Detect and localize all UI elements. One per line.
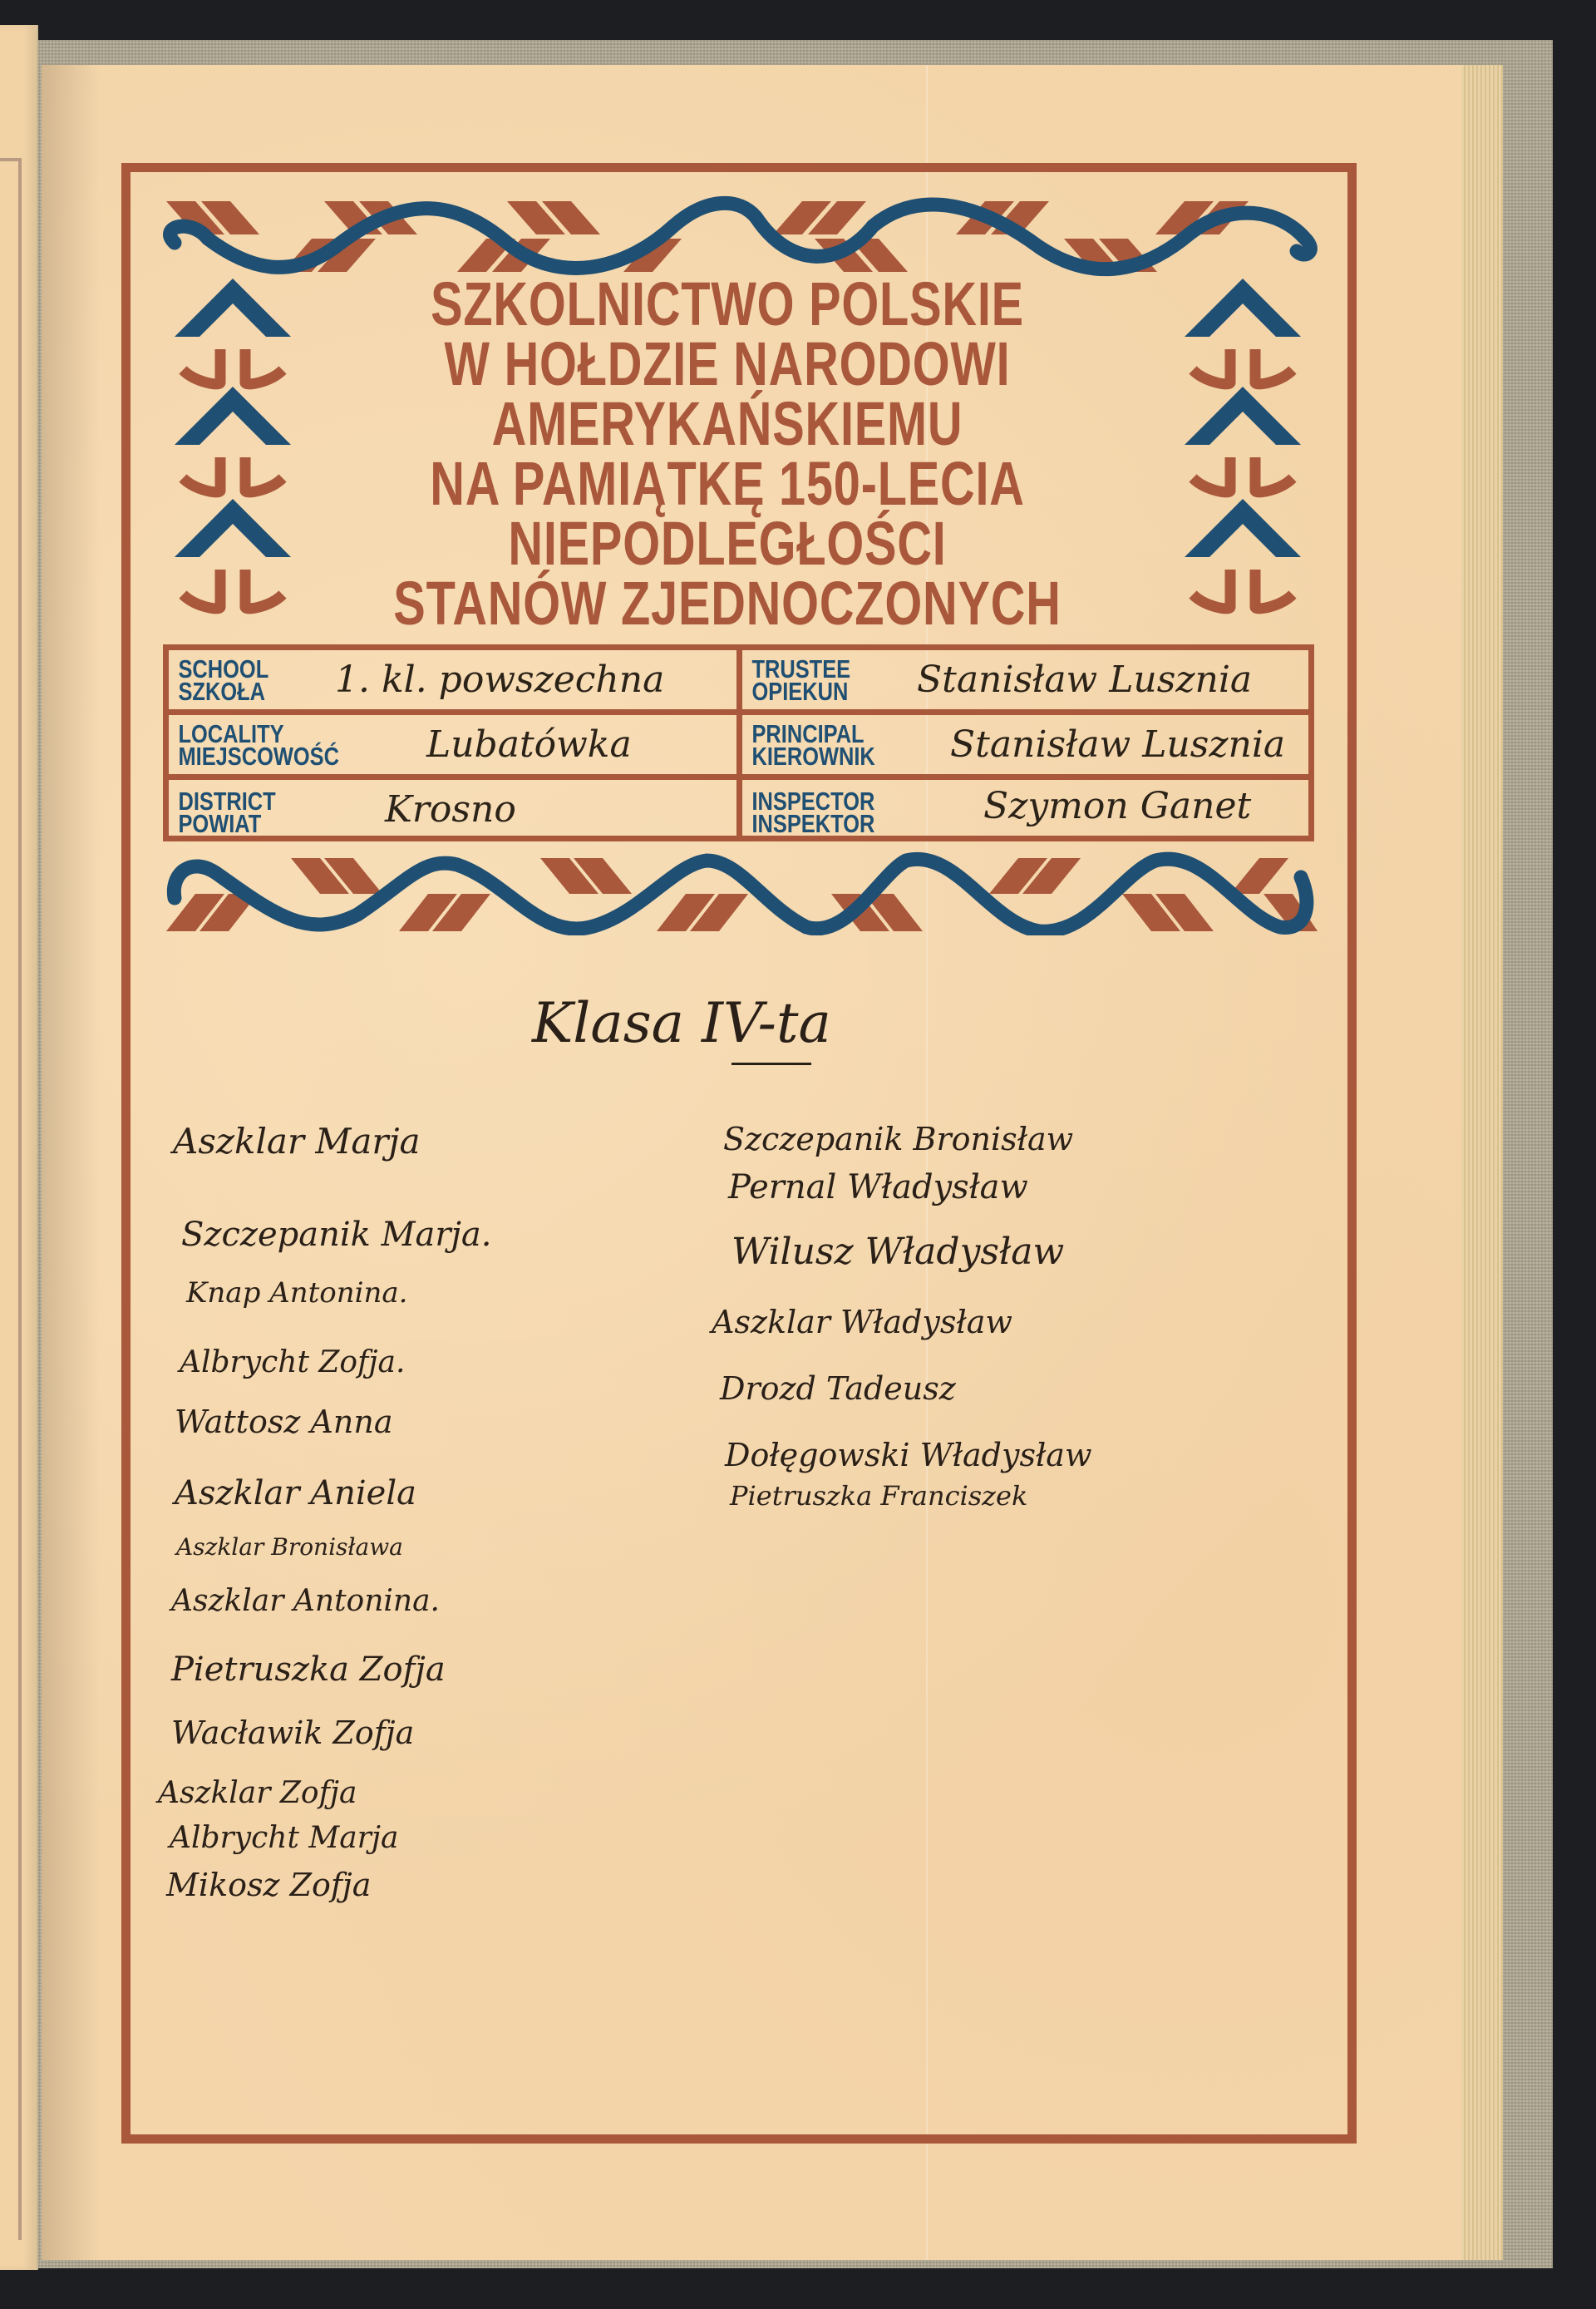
list-item: Wacławik Zofja — [171, 1714, 414, 1751]
list-item: Aszklar Bronisława — [176, 1533, 403, 1561]
title-line-1: SZKOLNICTWO POLSKIE — [381, 274, 1075, 334]
field-principal: PRINCIPALKIEROWNIK Stanisław Lusznia — [742, 715, 1314, 780]
list-item: Dołęgowski Władysław — [725, 1437, 1091, 1473]
title-line-2: W HOŁDZIE NARODOWI — [381, 334, 1075, 394]
principal-value: Stanisław Lusznia — [950, 723, 1285, 766]
info-table: SCHOOLSZKOŁA 1. kl. powszechna LOCALITYM… — [163, 644, 1314, 841]
field-school: SCHOOLSZKOŁA 1. kl. powszechna — [169, 650, 736, 715]
list-item: Aszklar Marja — [173, 1121, 421, 1162]
field-district: DISTRICTPOWIAT Krosno — [169, 780, 736, 845]
list-item: Pietruszka Franciszek — [730, 1480, 1027, 1512]
title-line-4: NA PAMIĄTKĘ 150-LECIA — [381, 454, 1075, 514]
list-item: Aszklar Zofja — [158, 1776, 357, 1810]
page-gutter-shadow — [42, 65, 100, 2260]
list-item: Aszklar Antonina. — [171, 1584, 440, 1618]
bottom-wave-ornament — [158, 848, 1322, 935]
list-item: Albrycht Marja — [170, 1821, 399, 1855]
list-item: Wattosz Anna — [175, 1404, 392, 1440]
list-item: Szczepanik Marja. — [181, 1216, 491, 1254]
right-side-ornament — [1172, 279, 1313, 628]
list-item: Aszklar Aniela — [175, 1474, 416, 1512]
locality-value: Lubatówka — [426, 723, 632, 766]
list-item: Drozd Tadeusz — [720, 1370, 956, 1407]
title-line-3: AMERYKAŃSKIEMU — [381, 394, 1075, 454]
class-heading: Klasa IV-ta — [532, 991, 831, 1055]
heading-underline — [731, 1063, 811, 1065]
school-value: 1. kl. powszechna — [335, 659, 664, 701]
title-line-5: NIEPODLEGŁOŚCI — [381, 514, 1075, 574]
list-item: Pietruszka Zofja — [171, 1650, 446, 1689]
district-value: Krosno — [385, 788, 516, 831]
list-item: Albrycht Zofja. — [180, 1345, 405, 1379]
inspector-value: Szymon Ganet — [983, 785, 1251, 827]
field-inspector: INSPECTORINSPEKTOR Szymon Ganet — [742, 780, 1314, 845]
page-title: SZKOLNICTWO POLSKIE W HOŁDZIE NARODOWI A… — [283, 274, 1172, 634]
list-item: Aszklar Władysław — [712, 1304, 1012, 1340]
field-trustee: TRUSTEEOPIEKUN Stanisław Luszniа — [742, 650, 1314, 715]
facing-page-edge — [0, 25, 38, 2270]
list-item: Mikosz Zofja — [166, 1867, 371, 1903]
trustee-value: Stanisław Luszniа — [917, 659, 1252, 701]
title-line-6: STANÓW ZJEDNOCZONYCH — [381, 574, 1075, 634]
field-locality: LOCALITYMIEJSCOWOŚĆ Lubatówka — [169, 715, 736, 780]
page-block-edge — [1461, 65, 1503, 2260]
list-item: Pernal Władysław — [728, 1168, 1028, 1206]
list-item: Knap Antonina. — [186, 1276, 407, 1310]
list-item: Wilusz Władysław — [731, 1231, 1064, 1273]
list-item: Szczepanik Bronisław — [723, 1121, 1073, 1157]
